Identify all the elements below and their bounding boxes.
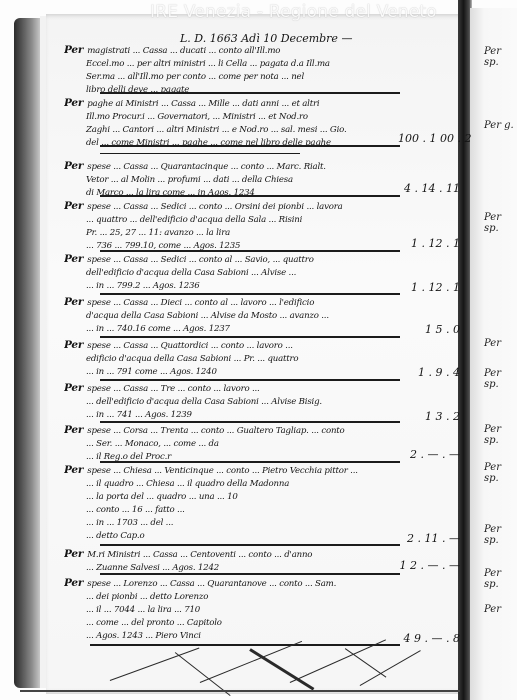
entry-lead: Per [64, 464, 83, 476]
ledger-entry: Permagistrati ... Cassa ... ducati ... c… [64, 44, 394, 97]
entry-line: ... come ... del pronto ... Capitolo [64, 617, 394, 630]
entry-lead: Per [64, 424, 83, 436]
entry-lead: Per [64, 253, 83, 265]
entry-line: edificio d'acqua della Casa Sabioni ... … [64, 353, 394, 366]
entry-line: ... detto Cap.o [64, 530, 394, 543]
entry-line: Ill.mo Procur.i ... Governatori, ... Min… [64, 111, 394, 124]
entry-lead: Per [64, 548, 83, 560]
entry-rule [100, 461, 400, 463]
entry-rule [100, 544, 400, 546]
entry-amount: 2 . 11 . — [398, 532, 460, 545]
entry-line: Zaghi ... Cantori ... altri Ministri ...… [64, 124, 394, 137]
entry-line: dell'edificio d'acqua della Casa Sabioni… [64, 267, 394, 280]
entry-amount: 1 3 . 2 [398, 410, 460, 423]
entry-rule [100, 92, 400, 94]
facing-page-entry: Per [484, 604, 501, 615]
entry-line: libro delli deve ... pagate [64, 84, 394, 97]
facing-page-entry: Per sp. [484, 462, 517, 484]
entry-rule [100, 293, 400, 295]
facing-page-entry: Per sp. [484, 524, 517, 546]
entry-line: spese ... Cassa ... Quarantacinque ... c… [87, 162, 326, 172]
entry-line: spese ... Cassa ... Sedici ... conto ...… [87, 202, 342, 212]
entry-line: Pr. ... 25, 27 ... 11: avanzo ... la lir… [64, 227, 394, 240]
entry-rule [100, 153, 300, 154]
entry-lead: Per [64, 296, 83, 308]
entry-lead: Per [64, 577, 83, 589]
facing-page-entry: Per sp. [484, 212, 517, 234]
entry-rule [100, 250, 400, 252]
ledger-entry: Perspese ... Chiesa ... Venticinque ... … [64, 464, 394, 543]
entry-amount: 100 . 1 00 . 2 [398, 132, 460, 145]
entry-line: ... dell'edificio d'acqua della Casa Sab… [64, 396, 394, 409]
entry-line: spese ... Cassa ... Tre ... conto ... la… [87, 384, 259, 394]
entry-rule [100, 421, 400, 423]
entry-line: Ser.ma ... all'Ill.mo per conto ... come… [64, 71, 394, 84]
entry-line: magistrati ... Cassa ... ducati ... cont… [87, 46, 280, 56]
entry-line: ... la porta del ... quadro ... una ... … [64, 491, 394, 504]
ledger-entry: Perspese ... Cassa ... Quattordici ... c… [64, 339, 394, 379]
ledger-entry: Perpaghe ai Ministri ... Cassa ... Mille… [64, 97, 394, 150]
entry-rule [100, 336, 400, 338]
ledger-entry: Perspese ... Corsa ... Trenta ... conto … [64, 424, 394, 464]
entry-line: ... in ... 1703 ... del ... [64, 517, 394, 530]
entry-rule [100, 195, 400, 197]
entry-lead: Per [64, 382, 83, 394]
entry-line: Vetor ... al Molin ... profumi ... dati … [64, 174, 394, 187]
entry-lead: Per [64, 200, 83, 212]
entry-lead: Per [64, 160, 83, 172]
entry-amount: 4 . 14 . 11 [398, 182, 460, 195]
ledger-entry: Perspese ... Cassa ... Tre ... conto ...… [64, 382, 394, 422]
entry-amount: 1 . 12 . 1 [398, 237, 460, 250]
entry-line: spese ... Cassa ... Sedici ... conto al … [87, 255, 313, 265]
entry-line: ... il ... 7044 ... la lira ... 710 [64, 604, 394, 617]
entry-line: di Marco ... la lira come ... in Agos. 1… [64, 187, 394, 200]
facing-page-entry: Per sp. [484, 568, 517, 590]
entry-line: ... Agos. 1243 ... Piero Vinci [64, 630, 394, 643]
entry-line: del ... come Ministri ... paghe ... come… [64, 137, 394, 150]
entry-line: ... in ... 740.16 come ... Agos. 1237 [64, 323, 394, 336]
entry-amount: 1 . 9 . 4 [398, 366, 460, 379]
page-bottom-edge [20, 690, 460, 692]
entry-rule [100, 145, 400, 147]
entry-line: ... conto ... 16 ... fatto ... [64, 504, 394, 517]
entry-lead: Per [64, 339, 83, 351]
entry-lead: Per [64, 44, 83, 56]
entry-rule [90, 644, 400, 646]
ledger-entry: Perspese ... Cassa ... Dieci ... conto a… [64, 296, 394, 336]
ledger-entry: Perspese ... Cassa ... Sedici ... conto … [64, 200, 394, 253]
entry-line: ... quattro ... dell'edificio d'acqua de… [64, 214, 394, 227]
entry-line: spese ... Lorenzo ... Cassa ... Quaranta… [87, 579, 336, 589]
entry-line: spese ... Cassa ... Dieci ... conto al .… [87, 298, 314, 308]
manuscript-scan: IRE Venezia - Regione del Veneto L. D. 1… [0, 0, 517, 700]
entry-line: spese ... Chiesa ... Venticinque ... con… [87, 466, 358, 476]
watermark: IRE Venezia - Regione del Veneto [150, 2, 437, 22]
facing-page [470, 8, 517, 700]
ledger-entry: Perspese ... Cassa ... Sedici ... conto … [64, 253, 394, 293]
entry-line: ... dei pionbi ... detto Lorenzo [64, 591, 394, 604]
entry-line: ... il quadro ... Chiesa ... il quadro d… [64, 478, 394, 491]
entry-line: ... in ... 799.2 ... Agos. 1236 [64, 280, 394, 293]
entry-amount: 1 . 12 . 1 [398, 281, 460, 294]
entry-amount: 2 . — . — [398, 448, 460, 461]
entry-line: spese ... Corsa ... Trenta ... conto ...… [87, 426, 344, 436]
facing-page-entry: Per sp. [484, 424, 517, 446]
facing-page-entry: Per g. [484, 120, 514, 131]
entry-line: M.ri Ministri ... Cassa ... Centoventi .… [87, 550, 312, 560]
ledger-entry: PerM.ri Ministri ... Cassa ... Centovent… [64, 548, 394, 575]
entry-lead: Per [64, 97, 83, 109]
entry-line: Eccel.mo ... per altri ministri ... li C… [64, 58, 394, 71]
entry-amount: 1 2 . — . — [398, 559, 460, 572]
ledger-entry: Perspese ... Lorenzo ... Cassa ... Quara… [64, 577, 394, 643]
entry-line: spese ... Cassa ... Quattordici ... cont… [87, 341, 293, 351]
entry-amount: 1 5 . 0 [398, 323, 460, 336]
entry-line: paghe ai Ministri ... Cassa ... Mille ..… [87, 99, 319, 109]
entry-line: ... Ser. ... Monaco, ... come ... da [64, 438, 394, 451]
facing-page-entry: Per sp. [484, 46, 517, 68]
entry-rule [100, 573, 400, 575]
facing-page-entry: Per sp. [484, 368, 517, 390]
facing-page-entry: Per [484, 338, 501, 349]
entry-rule [100, 379, 400, 381]
entry-line: d'acqua della Casa Sabioni ... Alvise da… [64, 310, 394, 323]
entry-line: ... in ... 791 come ... Agos. 1240 [64, 366, 394, 379]
ledger-entry: Perspese ... Cassa ... Quarantacinque ..… [64, 160, 394, 200]
entry-amount: 4 9 . — . 8 [398, 632, 460, 645]
